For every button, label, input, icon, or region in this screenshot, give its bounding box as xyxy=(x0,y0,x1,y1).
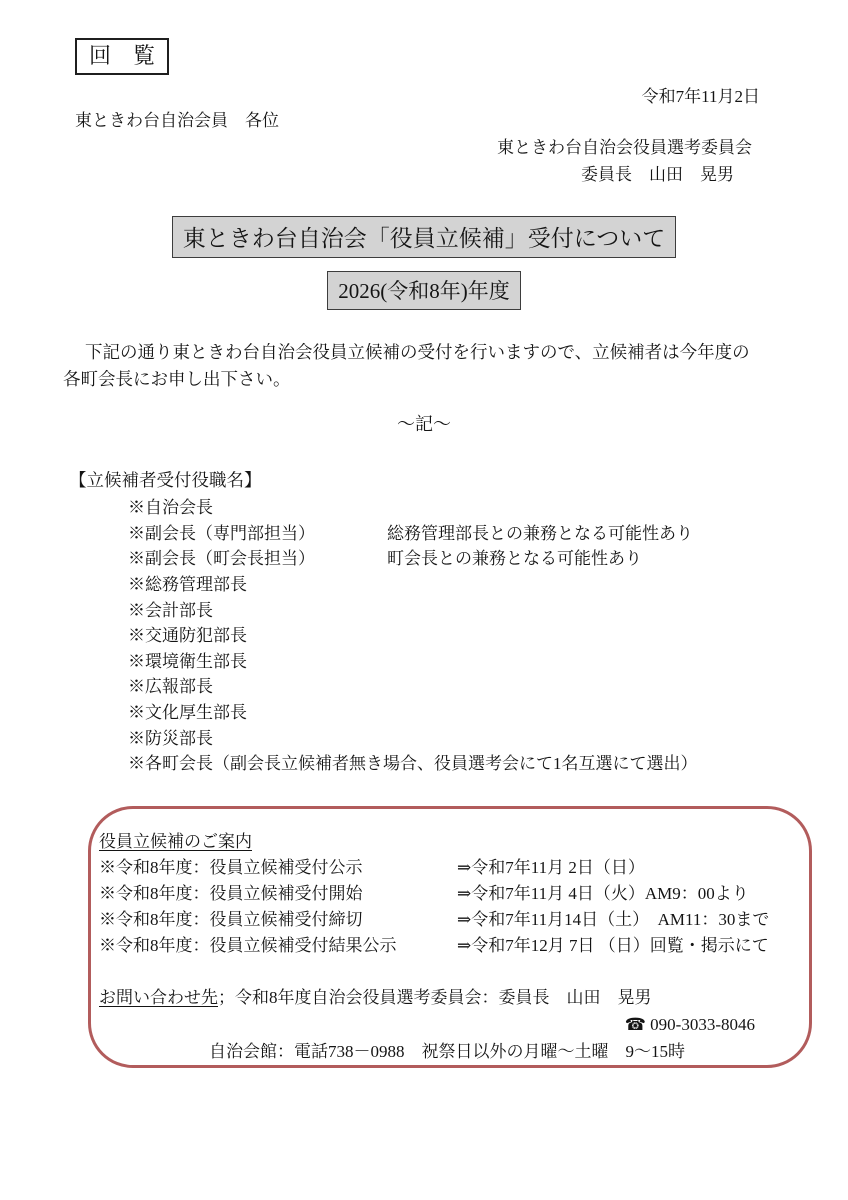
issue-date: 令和7年11月2日 xyxy=(642,82,760,107)
position-role: ※副会長（専門部担当） xyxy=(128,519,387,544)
position-item: ※会計部長 xyxy=(128,595,698,621)
position-role: ※各町会長（副会長立候補者無き場合、役員選考会にて1名互選にて選出） xyxy=(128,749,698,774)
position-item: ※防災部長 xyxy=(128,723,698,749)
position-note: 総務管理部長との兼務となる可能性あり xyxy=(387,519,693,544)
phone-number: 090-3033-8046 xyxy=(650,1015,755,1034)
position-item: ※文化厚生部長 xyxy=(128,698,698,724)
candidacy-info-box: 役員立候補のご案内 ※令和8年度：役員立候補受付公示⇒令和7年11月 2日（日）… xyxy=(88,806,812,1068)
recipient-line: 東ときわ台自治会員 各位 xyxy=(75,106,279,131)
subtitle-row: 2026(令和8年)年度 xyxy=(0,271,848,310)
position-role: ※文化厚生部長 xyxy=(128,698,387,723)
position-role: ※環境衛生部長 xyxy=(128,647,387,672)
position-item: ※交通防犯部長 xyxy=(128,621,698,647)
sender-chairman: 委員長 山田 晃男 xyxy=(581,160,734,185)
kairan-circulation-stamp: 回 覧 xyxy=(75,38,169,75)
position-role: ※副会長（町会長担当） xyxy=(128,544,387,569)
position-note: 町会長との兼務となる可能性あり xyxy=(387,544,642,569)
intro-line-1: 下記の通り東ときわ台自治会役員立候補の受付を行いますので、立候補者は今年度の xyxy=(63,339,803,366)
intro-paragraph: 下記の通り東ときわ台自治会役員立候補の受付を行いますので、立候補者は今年度の 各… xyxy=(63,339,803,393)
position-item: ※各町会長（副会長立候補者無き場合、役員選考会にて1名互選にて選出） xyxy=(128,749,698,775)
position-role: ※広報部長 xyxy=(128,672,387,697)
schedule-value: ⇒令和7年12月 7日 （日）回覧・掲示にて xyxy=(457,933,769,959)
schedule-label: ※令和8年度：役員立候補受付開始 xyxy=(99,881,457,907)
contact-label: お問い合わせ先 xyxy=(99,988,218,1007)
position-role: ※自治会長 xyxy=(128,493,387,518)
position-role: ※総務管理部長 xyxy=(128,570,387,595)
info-box-heading-row: 役員立候補のご案内 xyxy=(99,829,795,855)
position-item: ※自治会長 xyxy=(128,493,698,519)
contact-detail: ；令和8年度自治会役員選考委員会：委員長 山田 晃男 xyxy=(218,988,652,1007)
schedule-row: ※令和8年度：役員立候補受付結果公示⇒令和7年12月 7日 （日）回覧・掲示にて xyxy=(99,933,795,959)
title-row: 東ときわ台自治会「役員立候補」受付について xyxy=(0,216,848,258)
info-box-heading: 役員立候補のご案内 xyxy=(99,832,252,851)
position-item: ※総務管理部長 xyxy=(128,570,698,596)
hall-contact-line: 自治会館：電話738－0988 祝祭日以外の月曜～土曜 9～15時 xyxy=(99,1038,795,1065)
intro-line-2: 各町会長にお申し出下さい。 xyxy=(63,366,803,393)
position-item: ※副会長（町会長担当）町会長との兼務となる可能性あり xyxy=(128,544,698,570)
schedule-label: ※令和8年度：役員立候補受付結果公示 xyxy=(99,933,457,959)
document-title: 東ときわ台自治会「役員立候補」受付について xyxy=(172,216,677,258)
schedule-label: ※令和8年度：役員立候補受付公示 xyxy=(99,855,457,881)
schedule-value: ⇒令和7年11月14日（土） AM11：30まで xyxy=(457,907,769,933)
circular-notice-page: 回 覧 令和7年11月2日 東ときわ台自治会員 各位 東ときわ台自治会役員選考委… xyxy=(0,0,848,1200)
phone-icon: ☎ xyxy=(625,1015,646,1034)
schedule-row: ※令和8年度：役員立候補受付締切⇒令和7年11月14日（土） AM11：30まで xyxy=(99,907,795,933)
schedule-list: ※令和8年度：役員立候補受付公示⇒令和7年11月 2日（日）※令和8年度：役員立… xyxy=(99,855,795,959)
contact-line: お問い合わせ先；令和8年度自治会役員選考委員会：委員長 山田 晃男 xyxy=(99,985,795,1011)
positions-heading: 【立候補者受付役職名】 xyxy=(69,467,262,492)
position-item: ※広報部長 xyxy=(128,672,698,698)
schedule-row: ※令和8年度：役員立候補受付開始⇒令和7年11月 4日（火）AM9：00より xyxy=(99,881,795,907)
schedule-value: ⇒令和7年11月 2日（日） xyxy=(457,855,645,881)
position-item: ※副会長（専門部担当）総務管理部長との兼務となる可能性あり xyxy=(128,519,698,545)
positions-list: ※自治会長※副会長（専門部担当）総務管理部長との兼務となる可能性あり※副会長（町… xyxy=(128,493,698,775)
schedule-row: ※令和8年度：役員立候補受付公示⇒令和7年11月 2日（日） xyxy=(99,855,795,881)
schedule-value: ⇒令和7年11月 4日（火）AM9：00より xyxy=(457,881,749,907)
sender-organization: 東ときわ台自治会役員選考委員会 xyxy=(497,133,752,158)
document-year-subtitle: 2026(令和8年)年度 xyxy=(327,271,521,310)
schedule-label: ※令和8年度：役員立候補受付締切 xyxy=(99,907,457,933)
position-item: ※環境衛生部長 xyxy=(128,647,698,673)
position-role: ※会計部長 xyxy=(128,596,387,621)
ki-separator: ～記～ xyxy=(0,410,848,436)
position-role: ※交通防犯部長 xyxy=(128,621,387,646)
phone-line: ☎ 090-3033-8046 xyxy=(99,1011,795,1038)
position-role: ※防災部長 xyxy=(128,724,387,749)
